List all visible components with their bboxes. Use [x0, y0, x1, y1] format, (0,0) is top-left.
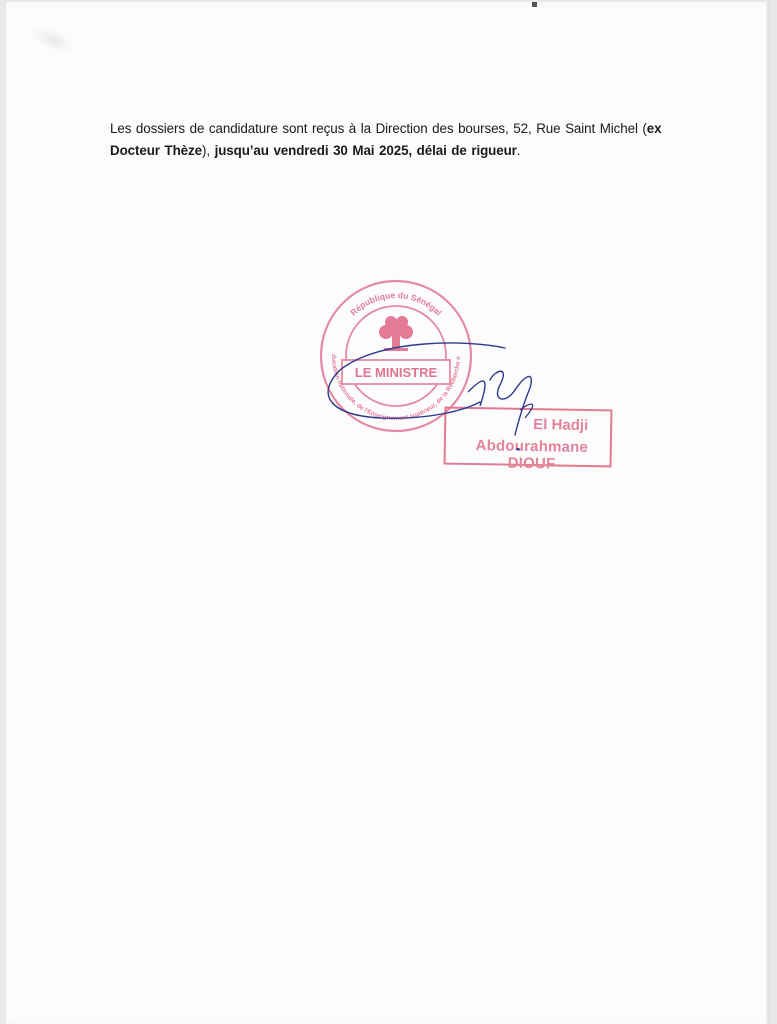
- notice-text-2: ),: [202, 143, 215, 158]
- notice-text-3: .: [517, 143, 521, 158]
- notice-bold-deadline: jusqu’au vendredi 30 Mai 2025, délai de …: [215, 143, 517, 158]
- application-notice-paragraph: Les dossiers de candidature sont reçus à…: [110, 118, 710, 162]
- handwritten-signature: [320, 340, 560, 450]
- scan-smudge: [26, 20, 80, 59]
- staple-mark: [532, 2, 537, 7]
- stamp-outer-top-text: République du Sénégal: [348, 290, 444, 318]
- document-page: Les dossiers de candidature sont reçus à…: [6, 2, 770, 1024]
- notice-text-1: Les dossiers de candidature sont reçus à…: [110, 121, 647, 136]
- svg-text:République du Sénégal: République du Sénégal: [348, 290, 444, 318]
